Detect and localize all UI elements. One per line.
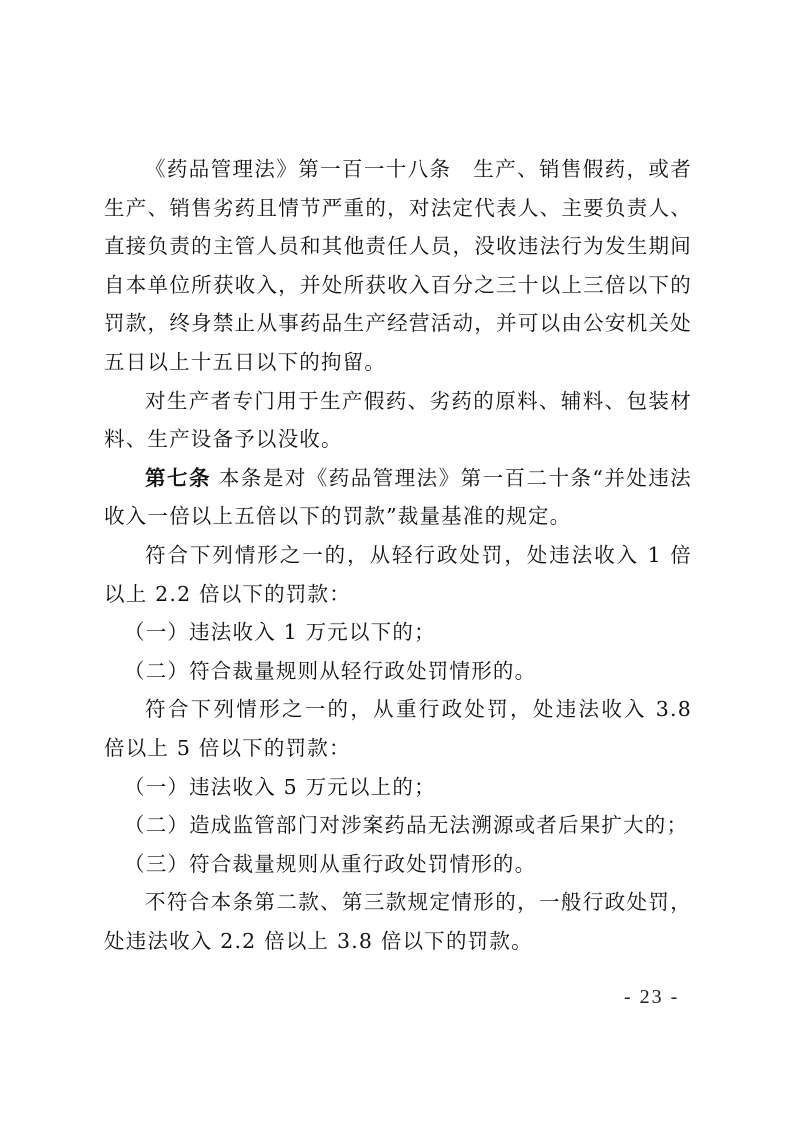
paragraph-article-118: 《药品管理法》第一百一十八条 生产、销售假药，或者生产、销售劣药且情节严重的，对… [104,150,692,382]
paragraph-general: 不符合本条第二款、第三款规定情形的，一般行政处罚，处违法收入 2.2 倍以上 3… [104,883,692,960]
paragraph-lenient: 符合下列情形之一的，从轻行政处罚，处违法收入 1 倍以上 2.2 倍以下的罚款： [104,536,692,613]
paragraph-heavy: 符合下列情形之一的，从重行政处罚，处违法收入 3.8 倍以上 5 倍以下的罚款： [104,690,692,767]
paragraph-article-7: 第七条 本条是对《药品管理法》第一百二十条“并处违法收入一倍以上五倍以下的罚款”… [104,459,692,536]
paragraph-confiscation: 对生产者专门用于生产假药、劣药的原料、辅料、包装材料、生产设备予以没收。 [104,382,692,459]
article-heading: 第七条 [145,466,211,490]
list-item-heavy-3: （三）符合裁量规则从重行政处罚情形的。 [104,845,692,884]
page-number: - 23 - [624,986,679,1009]
list-item-heavy-1: （一）违法收入 5 万元以上的； [104,768,692,807]
list-item-lenient-2: （二）符合裁量规则从轻行政处罚情形的。 [104,652,692,691]
document-body: 《药品管理法》第一百一十八条 生产、销售假药，或者生产、销售劣药且情节严重的，对… [104,150,692,960]
list-item-heavy-2: （二）造成监管部门对涉案药品无法溯源或者后果扩大的； [104,806,692,845]
list-item-lenient-1: （一）违法收入 1 万元以下的； [104,613,692,652]
